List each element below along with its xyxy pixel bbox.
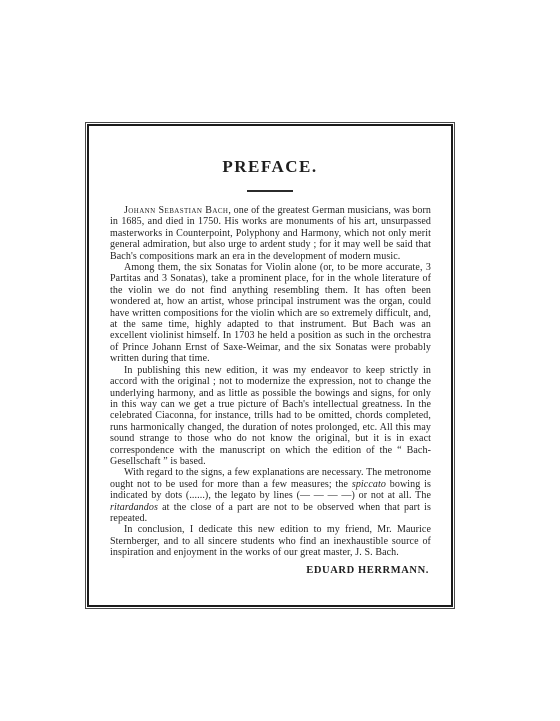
page-title: PREFACE.: [89, 157, 451, 177]
scanned-book-page: PREFACE. Johann Sebastian Bach, one of t…: [0, 0, 560, 721]
preface-paragraph: In publishing this new edition, it was m…: [110, 365, 431, 468]
preface-paragraph: With regard to the signs, a few explanat…: [110, 467, 431, 524]
preface-paragraph: Johann Sebastian Bach, one of the greate…: [110, 205, 431, 262]
preface-paragraph: Among them, the six Sonatas for Violin a…: [110, 262, 431, 365]
page-border-frame: PREFACE. Johann Sebastian Bach, one of t…: [87, 124, 453, 607]
preface-paragraph: In conclusion, I dedicate this new editi…: [110, 524, 431, 558]
preface-body: Johann Sebastian Bach, one of the greate…: [110, 205, 431, 559]
title-divider-rule: [247, 190, 293, 192]
author-signature: EDUARD HERRMANN.: [109, 565, 429, 576]
